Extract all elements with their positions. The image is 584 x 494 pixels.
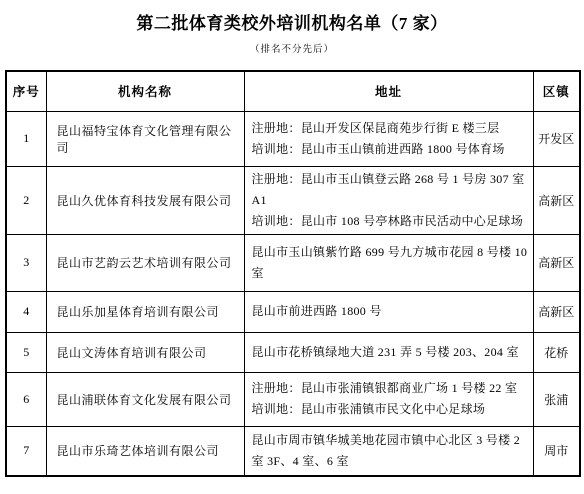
institutions-table: 序号 机构名称 地址 区镇 1昆山福特宝体育文化管理有限公司注册地：昆山开发区保… (5, 70, 581, 477)
address-line: 注册地：昆山开发区保昆商苑步行街 E 楼三层 (252, 118, 528, 139)
row-serial-number: 4 (6, 291, 46, 332)
header-institution-name: 机构名称 (46, 71, 244, 111)
page: 第二批体育类校外培训机构名单（7 家） （排名不分先后） 序号 机构名称 地址 … (0, 0, 584, 494)
table-row: 5昆山文涛体育培训有限公司昆山市花桥镇绿地大道 231 弄 5 号楼 203、2… (6, 332, 580, 372)
table-row: 3昆山市艺韵云艺术培训有限公司昆山市玉山镇紫竹路 699 号九方城市花园 8 号… (6, 234, 580, 291)
institution-name: 昆山文涛体育培训有限公司 (46, 332, 244, 372)
institution-address: 昆山市玉山镇紫竹路 699 号九方城市花园 8 号楼 10 室 (244, 234, 533, 291)
institution-name: 昆山市乐琦艺体培训有限公司 (46, 426, 244, 476)
district: 高新区 (533, 291, 580, 332)
address-line: 培训地：昆山市玉山镇前进西路 1800 号体育场 (252, 139, 528, 160)
institution-address: 昆山市花桥镇绿地大道 231 弄 5 号楼 203、204 室 (244, 332, 533, 372)
institution-address: 注册地：昆山市玉山镇登云路 268 号 1 号房 307 室 A1培训地：昆山市… (244, 166, 533, 234)
table-header-row: 序号 机构名称 地址 区镇 (6, 71, 580, 111)
institution-address: 昆山市前进西路 1800 号 (244, 291, 533, 332)
institution-name: 昆山市艺韵云艺术培训有限公司 (46, 234, 244, 291)
table-body: 1昆山福特宝体育文化管理有限公司注册地：昆山开发区保昆商苑步行街 E 楼三层培训… (6, 111, 580, 476)
header-serial-number: 序号 (6, 71, 46, 111)
address-line: 昆山市花桥镇绿地大道 231 弄 5 号楼 203、204 室 (252, 342, 528, 363)
table-row: 6昆山浦联体育文化发展有限公司注册地：昆山市张浦镇银都商业广场 1 号楼 22 … (6, 372, 580, 426)
row-serial-number: 3 (6, 234, 46, 291)
header-address: 地址 (244, 71, 533, 111)
page-subtitle: （排名不分先后） (0, 44, 584, 56)
institution-address: 昆山市周市镇华城美地花园市镇中心北区 3 号楼 2 室 3F、4 室、6 室 (244, 426, 533, 476)
institution-address: 注册地：昆山市张浦镇银都商业广场 1 号楼 22 室培训地：昆山市张浦镇市民文化… (244, 372, 533, 426)
row-serial-number: 5 (6, 332, 46, 372)
table-row: 4昆山乐加星体育培训有限公司昆山市前进西路 1800 号高新区 (6, 291, 580, 332)
row-serial-number: 6 (6, 372, 46, 426)
address-line: 注册地：昆山市玉山镇登云路 268 号 1 号房 307 室 A1 (252, 169, 528, 211)
address-line: 培训地：昆山市张浦镇市民文化中心足球场 (252, 399, 528, 420)
address-line: 注册地：昆山市张浦镇银都商业广场 1 号楼 22 室 (252, 378, 528, 399)
table-row: 7昆山市乐琦艺体培训有限公司昆山市周市镇华城美地花园市镇中心北区 3 号楼 2 … (6, 426, 580, 476)
institution-name: 昆山福特宝体育文化管理有限公司 (46, 111, 244, 166)
institution-name: 昆山久优体育科技发展有限公司 (46, 166, 244, 234)
table-row: 2昆山久优体育科技发展有限公司注册地：昆山市玉山镇登云路 268 号 1 号房 … (6, 166, 580, 234)
row-serial-number: 2 (6, 166, 46, 234)
address-line: 培训地：昆山市 108 号亭林路市民活动中心足球场 (252, 211, 528, 232)
page-title: 第二批体育类校外培训机构名单（7 家） (0, 0, 584, 35)
address-line: 昆山市周市镇华城美地花园市镇中心北区 3 号楼 2 室 3F、4 室、6 室 (252, 430, 528, 472)
address-line: 昆山市前进西路 1800 号 (252, 301, 528, 322)
row-serial-number: 1 (6, 111, 46, 166)
district: 高新区 (533, 166, 580, 234)
table-row: 1昆山福特宝体育文化管理有限公司注册地：昆山开发区保昆商苑步行街 E 楼三层培训… (6, 111, 580, 166)
header-district: 区镇 (533, 71, 580, 111)
address-line: 昆山市玉山镇紫竹路 699 号九方城市花园 8 号楼 10 室 (252, 242, 528, 284)
district: 张浦 (533, 372, 580, 426)
row-serial-number: 7 (6, 426, 46, 476)
institution-address: 注册地：昆山开发区保昆商苑步行街 E 楼三层培训地：昆山市玉山镇前进西路 180… (244, 111, 533, 166)
institution-name: 昆山浦联体育文化发展有限公司 (46, 372, 244, 426)
district: 开发区 (533, 111, 580, 166)
district: 花桥 (533, 332, 580, 372)
institution-name: 昆山乐加星体育培训有限公司 (46, 291, 244, 332)
district: 周市 (533, 426, 580, 476)
district: 高新区 (533, 234, 580, 291)
